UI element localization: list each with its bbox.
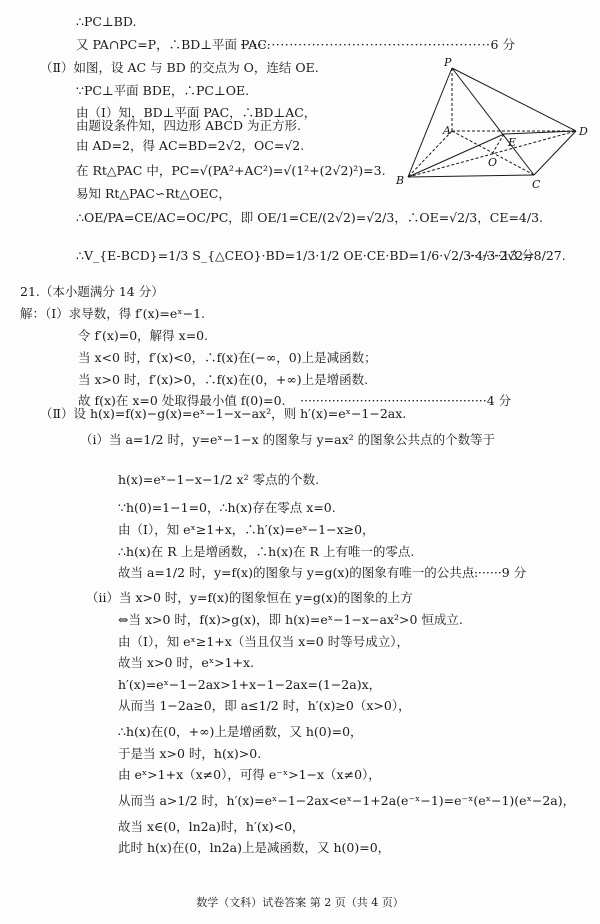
text-line: 由 eˣ>1+x（x≠0），可得 e⁻ˣ>1−x（x≠0）， bbox=[118, 767, 381, 783]
text-line: 在 Rt△PAC 中，PC=√(PA²+AC²)=√(1²+(2√2)²)=3. bbox=[76, 163, 386, 179]
text-line: 从而当 a>1/2 时，h′(x)=eˣ−1−2ax<eˣ−1+2a(e⁻ˣ−1… bbox=[118, 793, 575, 809]
text-line: 解：（Ⅰ）求导数，得 f′(x)=eˣ−1. bbox=[20, 306, 205, 322]
score-marker: ·········9 分 bbox=[466, 565, 526, 581]
text-line: 由题设条件知，四边形 ABCD 为正方形. bbox=[76, 118, 301, 134]
text-line: 从而当 1−2a≥0，即 a≤1/2 时，h′(x)≥0（x>0）， bbox=[118, 698, 411, 714]
dot-leader: ········· bbox=[466, 248, 502, 263]
text-line: 令 f′(x)=0，解得 x=0. bbox=[78, 328, 208, 344]
text-line: ∵h(0)=1−1=0，∴h(x)存在零点 x=0. bbox=[118, 500, 336, 516]
text-line: 故当 x∈(0，ln2a)时，h′(x)<0， bbox=[118, 819, 305, 835]
dot-leader: ········· bbox=[466, 565, 502, 580]
text-line: 故当 a=1/2 时，y=f(x)的图象与 y=g(x)的图象有唯一的公共点. bbox=[118, 565, 478, 581]
text-line: h′(x)=eˣ−1−2ax>1+x−1−2ax=(1−2a)x， bbox=[118, 677, 381, 693]
text-line: 由 AD=2，得 AC=BD=2√2，OC=√2. bbox=[76, 138, 304, 154]
score-value: 9 分 bbox=[502, 565, 526, 580]
text-line: 当 x>0 时，f′(x)>0，∴f(x)在(0，+∞)上是增函数. bbox=[78, 372, 368, 388]
text-line: ∴h(x)在 R 上是增函数，∴h(x)在 R 上有唯一的零点. bbox=[118, 544, 414, 560]
text-line: ∴PC⊥BD. bbox=[76, 14, 136, 30]
label-B: B bbox=[395, 174, 404, 187]
text-line: ∴h(x)在(0，+∞)上是增函数，又 h(0)=0， bbox=[118, 724, 363, 740]
label-P: P bbox=[443, 56, 452, 69]
text-line: 此时 h(x)在(0，ln2a)上是减函数，又 h(0)=0， bbox=[118, 840, 390, 856]
text-line: 于是当 x>0 时，h(x)>0. bbox=[118, 746, 261, 762]
label-D: D bbox=[578, 125, 588, 138]
label-C: C bbox=[532, 178, 541, 191]
text-line: ∴OE/PA=CE/AC=OC/PC，即 OE/1=CE/(2√2)=√2/3，… bbox=[76, 210, 543, 226]
page-footer: 数学（文科）试卷答案 第 2 页（共 4 页） bbox=[0, 894, 600, 910]
text-line: 由（Ⅰ），知 eˣ≥1+x，∴h′(x)=eˣ−1−x≥0， bbox=[118, 522, 375, 538]
text-line: h(x)=eˣ−1−x−1/2 x² 零点的个数. bbox=[118, 472, 319, 488]
text-line: 由（Ⅰ），知 eˣ≥1+x（当且仅当 x=0 时等号成立）， bbox=[118, 634, 409, 650]
text-line: 易知 Rt△PAC∽Rt△OEC， bbox=[76, 186, 231, 202]
text-line: （ⅰ）当 a=1/2 时，y=eˣ−1−x 的图象与 y=ax² 的图象公共点的… bbox=[80, 432, 495, 448]
text-line: （Ⅱ）如图，设 AC 与 BD 的交点为 O，连结 OE. bbox=[40, 60, 319, 76]
text-line: 故当 x>0 时，eˣ>1+x. bbox=[118, 655, 254, 671]
text-line: （Ⅱ）设 h(x)=f(x)−g(x)=eˣ−1−x−ax²，则 h′(x)=e… bbox=[40, 406, 406, 422]
score-value: 13 分 bbox=[502, 248, 534, 263]
score-marker: ·········13 分 bbox=[466, 248, 534, 264]
text-line: 当 x<0 时，f′(x)<0，∴f(x)在(−∞，0)上是减函数； bbox=[78, 350, 377, 366]
text-line: ⇔当 x>0 时，f(x)>g(x)，即 h(x)=eˣ−1−x−ax²>0 恒… bbox=[118, 612, 463, 628]
label-A: A bbox=[442, 124, 451, 137]
label-O: O bbox=[488, 156, 497, 169]
label-E: E bbox=[507, 136, 516, 149]
score-value: 4 分 bbox=[487, 393, 511, 408]
question-header: 21.（本小题满分 14 分） bbox=[20, 284, 164, 300]
text-line: （ⅱ）当 x>0 时，y=f(x)的图象恒在 y=g(x)的图象的上方 bbox=[86, 590, 413, 606]
text-line: ∵PC⊥平面 BDE，∴PC⊥OE. bbox=[76, 83, 249, 99]
pyramid-figure: P A B C D E O bbox=[380, 50, 600, 200]
